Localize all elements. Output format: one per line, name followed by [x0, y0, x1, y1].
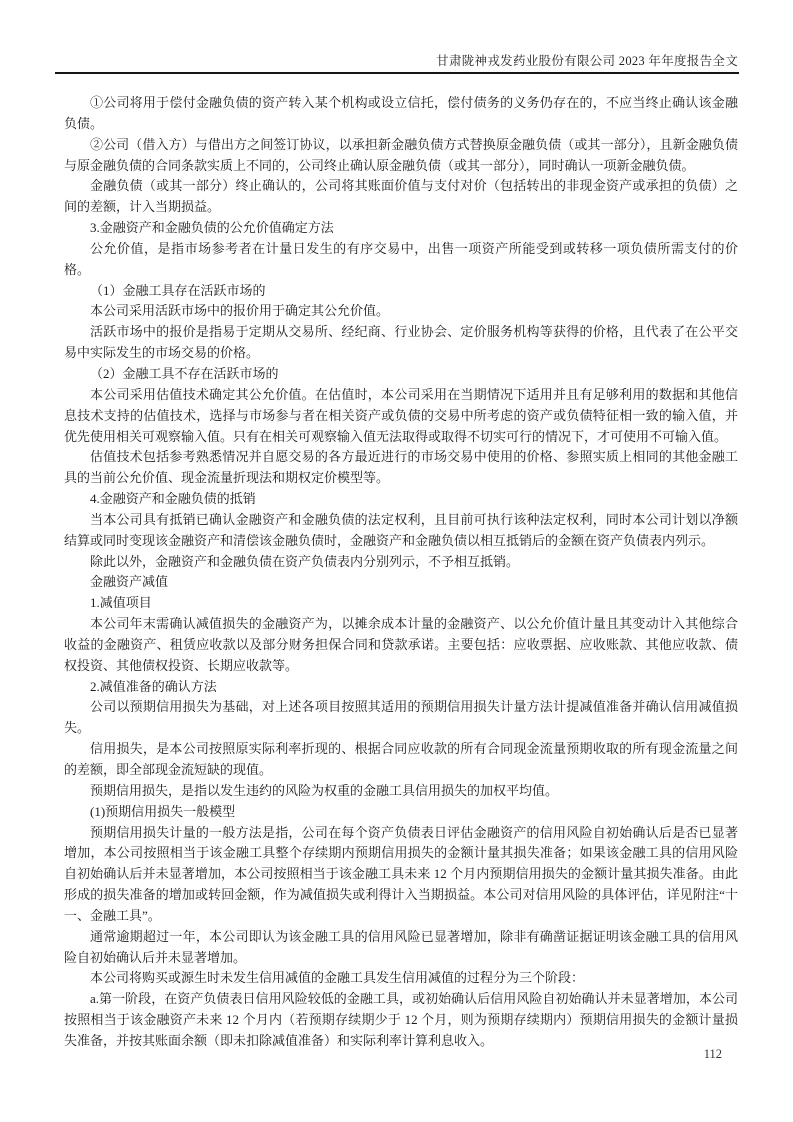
document-page: 甘肃陇神戎发药业股份有限公司 2023 年年度报告全文 ①公司将用于偿付金融负债…: [0, 0, 793, 1122]
page-header: 甘肃陇神戎发药业股份有限公司 2023 年年度报告全文: [55, 51, 738, 69]
paragraph: 当本公司具有抵销已确认金融资产和金融负债的法定权利，且目前可执行该种法定权利，同…: [64, 510, 738, 552]
paragraph: 金融负债（或其一部分）终止确认的，公司将其账面价值与支付对价（包括转出的非现金资…: [64, 176, 738, 218]
paragraph: a.第一阶段，在资产负债表日信用风险较低的金融工具，或初始确认后信用风险自初始确…: [64, 989, 738, 1052]
subsection-heading: 1.减值项目: [64, 593, 738, 614]
section-heading: 金融资产减值: [64, 572, 738, 593]
paragraph: 本公司年末需确认减值损失的金融资产为，以摊余成本计量的金融资产、以公允价值计量且…: [64, 614, 738, 677]
paragraph: ①公司将用于偿付金融负债的资产转入某个机构或设立信托，偿付债务的义务仍存在的，不…: [64, 93, 738, 135]
subsection-heading: （1）金融工具存在活跃市场的: [64, 281, 738, 302]
paragraph: ②公司（借入方）与借出方之间签订协议，以承担新金融负债方式替换原金融负债（或其一…: [64, 135, 738, 177]
report-title: 甘肃陇神戎发药业股份有限公司 2023 年年度报告全文: [436, 54, 738, 68]
paragraph: 估值技术包括参考熟悉情况并自愿交易的各方最近进行的市场交易中使用的价格、参照实质…: [64, 447, 738, 489]
paragraph: 公司以预期信用损失为基础，对上述各项目按照其适用的预期信用损失计量方法计提减值准…: [64, 697, 738, 739]
paragraph: 公允价值，是指市场参考者在计量日发生的有序交易中，出售一项资产所能受到或转移一项…: [64, 239, 738, 281]
document-body: ①公司将用于偿付金融负债的资产转入某个机构或设立信托，偿付债务的义务仍存在的，不…: [64, 93, 738, 1052]
paragraph: 信用损失，是本公司按照原实际利率折现的、根据合同应收款的所有合同现金流量预期收取…: [64, 739, 738, 781]
paragraph: 本公司将购买或源生时未发生信用减值的金融工具发生信用减值的过程分为三个阶段：: [64, 968, 738, 989]
subsection-heading: 2.减值准备的确认方法: [64, 677, 738, 698]
page-number: 112: [704, 1047, 722, 1062]
paragraph: 活跃市场中的报价是指易于定期从交易所、经纪商、行业协会、定价服务机构等获得的价格…: [64, 322, 738, 364]
paragraph: 本公司采用估值技术确定其公允价值。在估值时，本公司采用在当期情况下适用并且有足够…: [64, 385, 738, 448]
subsection-heading: (1)预期信用损失一般模型: [64, 802, 738, 823]
paragraph: 除此以外，金融资产和金融负债在资产负债表内分别列示，不予相互抵销。: [64, 552, 738, 573]
section-heading: 4.金融资产和金融负债的抵销: [64, 489, 738, 510]
subsection-heading: （2）金融工具不存在活跃市场的: [64, 364, 738, 385]
header-divider: [55, 72, 739, 74]
section-heading: 3.金融资产和金融负债的公允价值确定方法: [64, 218, 738, 239]
paragraph: 预期信用损失，是指以发生违约的风险为权重的金融工具信用损失的加权平均值。: [64, 781, 738, 802]
paragraph: 预期信用损失计量的一般方法是指，公司在每个资产负债表日评估金融资产的信用风险自初…: [64, 823, 738, 927]
paragraph: 通常逾期超过一年，本公司即认为该金融工具的信用风险已显著增加，除非有确凿证据证明…: [64, 927, 738, 969]
paragraph: 本公司采用活跃市场中的报价用于确定其公允价值。: [64, 301, 738, 322]
